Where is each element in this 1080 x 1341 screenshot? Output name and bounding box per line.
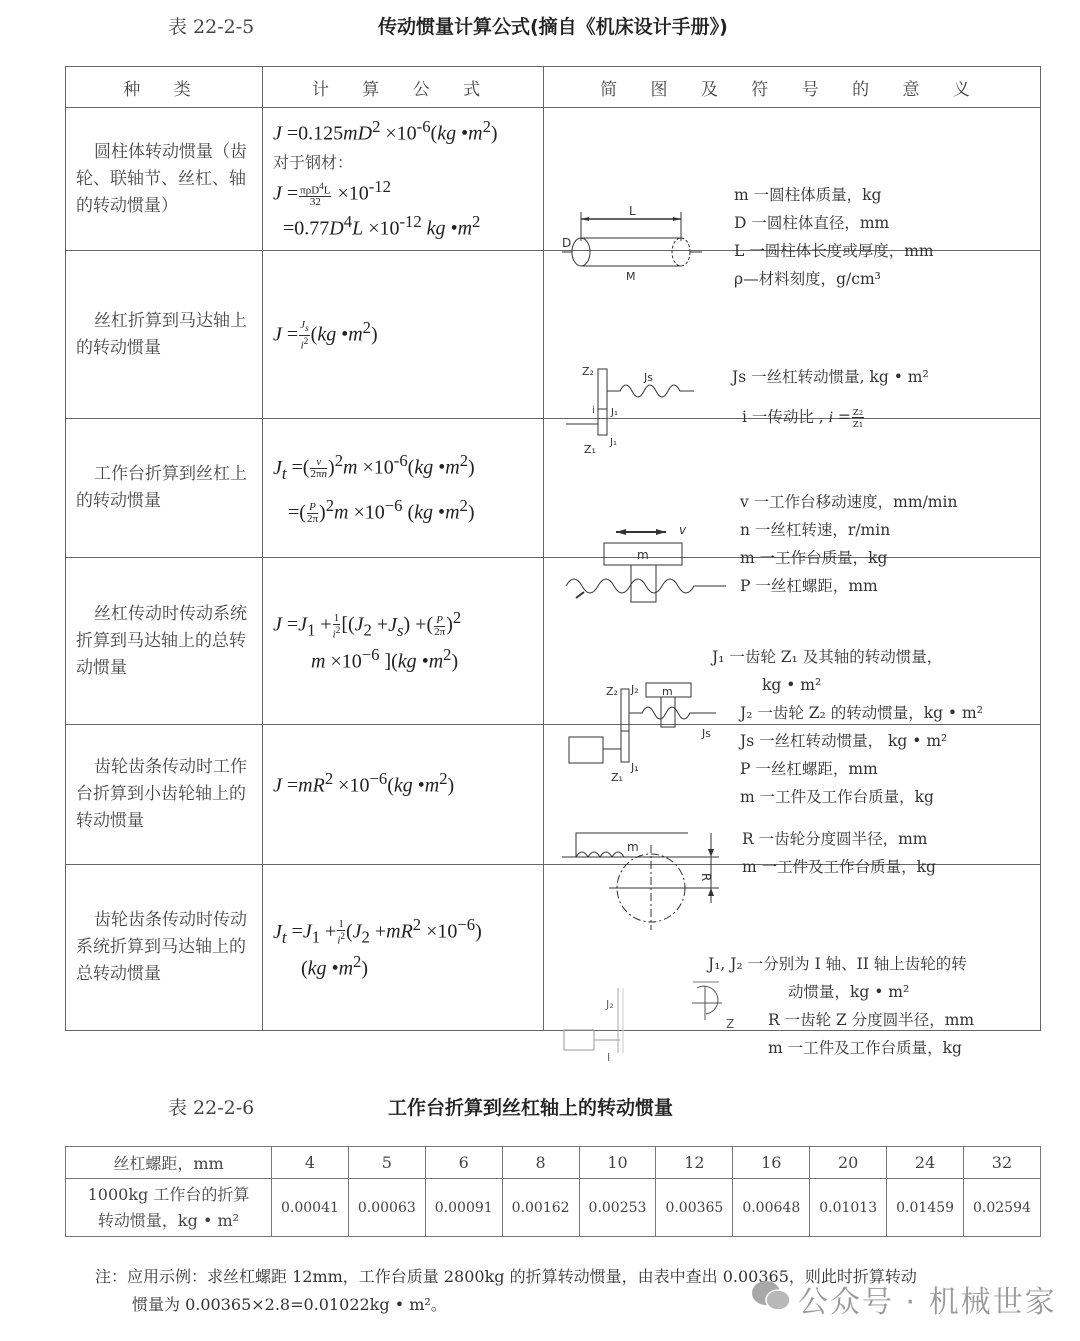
svg-text:I: I [607, 1051, 610, 1064]
svg-text:m: m [662, 685, 673, 698]
svg-text:m: m [637, 548, 649, 562]
table2-title: 工作台折算到丝杠轴上的转动惯量 [388, 1093, 673, 1120]
formula-cell: J =mR2 ×10−6(kg •m2) [263, 725, 544, 865]
inertia-cell: 0.00162 [502, 1179, 579, 1237]
svg-text:J₁: J₁ [609, 437, 617, 448]
svg-text:v: v [679, 523, 687, 537]
table1-title: 传动惯量计算公式(摘自《机床设计手册》) [378, 12, 728, 39]
svg-text:i: i [592, 405, 595, 416]
table-row: 工作台折算到丝杠上的转动惯量 Jt =(v2πn)2m ×10-6(kg •m2… [66, 419, 1041, 558]
formula-cell: Jt =J1 +1i2(J2 +mR2 ×10−6) (kg •m2) [263, 865, 544, 1031]
kind-cell: 齿轮齿条传动时传动系统折算到马达轴上的总转动惯量 [66, 865, 263, 1031]
wechat-icon [750, 1279, 794, 1313]
table-row: 圆柱体转动惯量（齿轮、联轴节、丝杠、轴的转动惯量） J =0.125mD2 ×1… [66, 108, 1041, 251]
pitch-label: 丝杠螺距，mm [66, 1147, 272, 1179]
svg-text:D: D [562, 236, 571, 250]
symbol-list: J₁ 一齿轮 Z₁ 及其轴的转动惯量， kg • m² J₂ 一齿轮 Z₂ 的转… [712, 643, 983, 811]
inertia-cell: 0.00253 [579, 1179, 656, 1237]
pitch-cell: 12 [656, 1147, 733, 1179]
inertia-row: 1000kg 工作台的折算 转动惯量，kg • m² 0.00041 0.000… [66, 1179, 1041, 1237]
cylinder-diagram: L D M [554, 179, 754, 322]
inertia-cell: 0.00648 [733, 1179, 810, 1237]
formula-cell: J =Jsi2(kg •m2) [263, 251, 544, 419]
svg-text:R: R [699, 873, 713, 881]
inertia-formula-table: 种 类 计 算 公 式 简 图 及 符 号 的 意 义 圆柱体转动惯量（齿轮、联… [65, 66, 1041, 1031]
diagram-cell: L D M m 一圆柱体质量，kg D 一圆柱体直径，mm L 一圆柱体长度或厚… [544, 108, 1041, 251]
symbol-list: J₁, J₂ 一分别为 I 轴、II 轴上齿轮的转 动惯量，kg • m² R … [708, 950, 974, 1062]
inertia-cell: 0.00041 [272, 1179, 349, 1237]
symbol-list: m 一圆柱体质量，kg D 一圆柱体直径，mm L 一圆柱体长度或厚度，mm ρ… [734, 181, 934, 293]
inertia-cell: 0.01013 [810, 1179, 887, 1237]
pitch-cell: 5 [348, 1147, 425, 1179]
rack-pinion-diagram: m R [554, 795, 754, 935]
header-diagram: 简 图 及 符 号 的 意 义 [544, 67, 1041, 108]
header-kind: 种 类 [66, 67, 263, 108]
table-header-row: 种 类 计 算 公 式 简 图 及 符 号 的 意 义 [66, 67, 1041, 108]
kind-cell: 齿轮齿条传动时工作台折算到小齿轮轴上的转动惯量 [66, 725, 263, 865]
pitch-cell: 24 [887, 1147, 964, 1179]
pitch-cell: 4 [272, 1147, 349, 1179]
svg-text:Js: Js [643, 371, 653, 384]
svg-text:M: M [626, 270, 636, 283]
formula-cell: J =0.125mD2 ×10-6(kg •m2) 对于钢材： J =πρD4L… [263, 108, 544, 251]
pitch-cell: 6 [425, 1147, 502, 1179]
inertia-cell: 0.02594 [964, 1179, 1041, 1237]
worktable-inertia-table: 丝杠螺距，mm 4 5 6 8 10 12 16 20 24 32 1000kg… [65, 1146, 1041, 1237]
pitch-cell: 10 [579, 1147, 656, 1179]
steel-note: 对于钢材： [273, 150, 543, 173]
symbol-list: Js 一丝杠转动惯量, kg • m² i 一传动比 , i =z₂z₁ [732, 363, 929, 432]
pitch-cell: 8 [502, 1147, 579, 1179]
svg-text:Js: Js [701, 727, 711, 740]
pitch-cell: 16 [733, 1147, 810, 1179]
kind-cell: 丝杠折算到马达轴上的转动惯量 [66, 251, 263, 419]
svg-text:Z₂: Z₂ [606, 685, 618, 698]
svg-text:J₁: J₁ [610, 407, 618, 418]
kind-cell: 圆柱体转动惯量（齿轮、联轴节、丝杠、轴的转动惯量） [66, 108, 263, 251]
symbol-list: v 一工作台移动速度，mm/min n 一丝杠转速，r/min m 一工作台质量… [740, 488, 957, 600]
header-formula: 计 算 公 式 [263, 67, 544, 108]
table2-number: 表 22-2-6 [168, 1093, 254, 1120]
inertia-cell: 0.01459 [887, 1179, 964, 1237]
table-row: 齿轮齿条传动时传动系统折算到马达轴上的总转动惯量 Jt =J1 +1i2(J2 … [66, 865, 1041, 1031]
svg-text:Z₁: Z₁ [584, 443, 596, 456]
svg-text:J₂: J₂ [630, 683, 639, 696]
svg-text:J₁: J₁ [630, 761, 639, 774]
inertia-cell: 0.00365 [656, 1179, 733, 1237]
inertia-cell: 0.00091 [425, 1179, 502, 1237]
kind-cell: 工作台折算到丝杠上的转动惯量 [66, 419, 263, 558]
svg-text:m: m [627, 840, 639, 854]
pitch-cell: 20 [810, 1147, 887, 1179]
svg-text:J₂: J₂ [605, 998, 614, 1011]
leadscrew-gear-diagram: Z₂ Js i J₁ Z₁ J₁ [554, 335, 754, 503]
formula-cell: Jt =(v2πn)2m ×10-6(kg •m2) =(P2π)2m ×10−… [263, 419, 544, 558]
pitch-row: 丝杠螺距，mm 4 5 6 8 10 12 16 20 24 32 [66, 1147, 1041, 1179]
symbol-list: R 一齿轮分度圆半径，mm m 一工件及工作台质量，kg [742, 825, 936, 881]
kind-cell: 丝杠传动时传动系统折算到马达轴上的总转动惯量 [66, 558, 263, 725]
inertia-label: 1000kg 工作台的折算 转动惯量，kg • m² [66, 1179, 272, 1237]
worktable-screw-diagram: v m [554, 488, 754, 627]
svg-text:Z₂: Z₂ [582, 365, 594, 378]
inertia-cell: 0.00063 [348, 1179, 425, 1237]
table1-number: 表 22-2-5 [168, 12, 254, 39]
svg-text:Z₁: Z₁ [611, 771, 623, 784]
pitch-cell: 32 [964, 1147, 1041, 1179]
svg-text:L: L [629, 204, 636, 218]
formula-cell: J =J1 +1i2[(J2 +Js) +(P2π)2 m ×10−6 ](kg… [263, 558, 544, 725]
